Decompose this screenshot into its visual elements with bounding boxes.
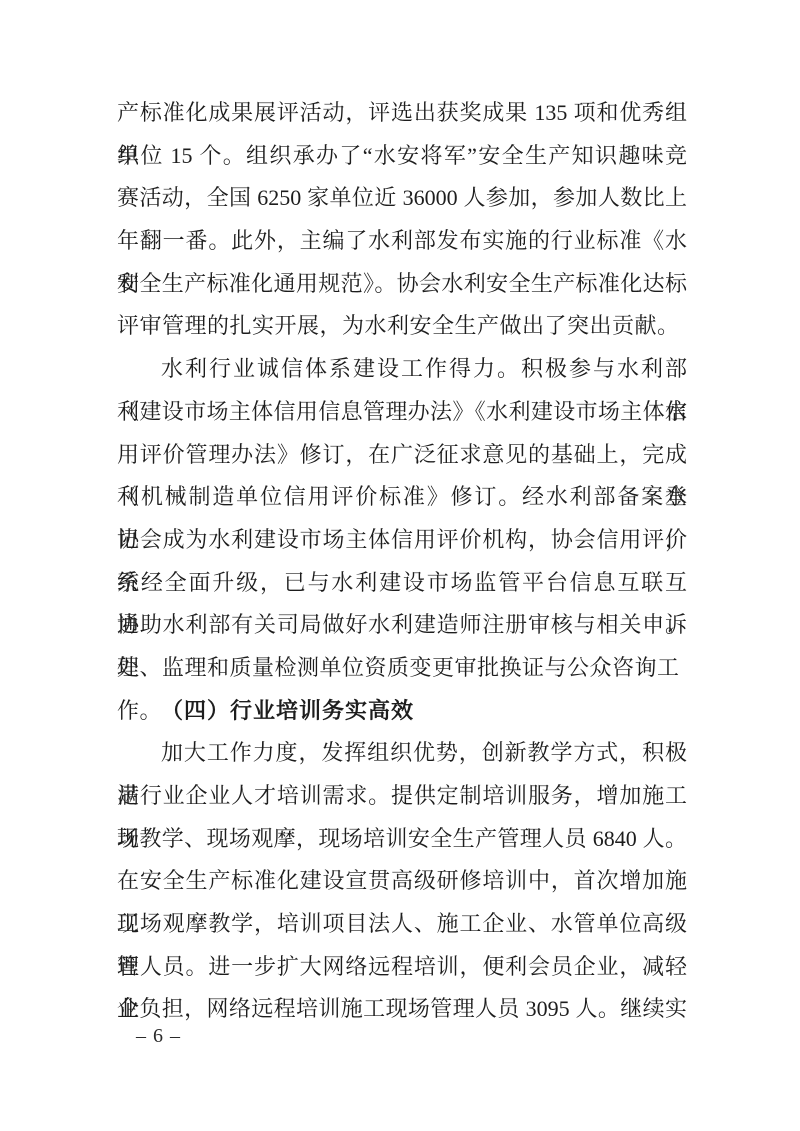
text-line: 场教学、现场观摩，现场培训安全生产管理人员 6840 人。: [117, 818, 687, 861]
text-line: 评审管理的扎实开展，为水利安全生产做出了突出贡献。: [117, 305, 687, 348]
text-line: 协会成为水利建设市场主体信用评价机构，协会信用评价系: [117, 519, 687, 562]
text-line: 年翻一番。此外，主编了水利部发布实施的行业标准《水利: [117, 220, 687, 263]
text-line: 用评价管理办法》修订，在广泛征求意见的基础上，完成《水: [117, 434, 687, 477]
text-line: 产标准化成果展评活动，评选出获奖成果 135 项和优秀组织: [117, 92, 687, 135]
text-line: 水利行业诚信体系建设工作得力。积极参与水利部《水: [117, 348, 687, 391]
text-line: 业负担，网络远程培训施工现场管理人员 3095 人。继续实: [117, 988, 687, 1031]
text-line: 统经全面升级，已与水利建设市场监管平台信息互联互通。: [117, 562, 687, 605]
text-line: 现场观摩教学，培训项目法人、施工企业、水管单位高级管: [117, 903, 687, 946]
text-line: 在安全生产标准化建设宣贯高级研修培训中，首次增加施工: [117, 860, 687, 903]
text-line: 安全生产标准化通用规范》。协会水利安全生产标准化达标: [117, 263, 687, 306]
text-line: 理、监理和质量检测单位资质变更审批换证与公众咨询工作。: [117, 647, 687, 690]
text-line: 协助水利部有关司局做好水利建造师注册审核与相关申诉处: [117, 604, 687, 647]
text-line: 足行业企业人才培训需求。提供定制培训服务，增加施工现: [117, 775, 687, 818]
text-line: 利机械制造单位信用评价标准》修订。经水利部备案登记，: [117, 476, 687, 519]
text-block: 产标准化成果展评活动，评选出获奖成果 135 项和优秀组织 单位 15 个。组织…: [117, 92, 687, 1031]
text-line: 加大工作力度，发挥组织优势，创新教学方式，积极满: [117, 732, 687, 775]
text-line: 理人员。进一步扩大网络远程培训，便利会员企业，减轻企: [117, 946, 687, 989]
document-page: 产标准化成果展评活动，评选出获奖成果 135 项和优秀组织 单位 15 个。组织…: [0, 0, 800, 1131]
text-line: 赛活动，全国 6250 家单位近 36000 人参加，参加人数比上: [117, 177, 687, 220]
page-number: – 6 –: [136, 1024, 181, 1048]
section-heading: （四）行业培训务实高效: [117, 690, 687, 733]
text-line: 利建设市场主体信用信息管理办法》《水利建设市场主体信: [117, 391, 687, 434]
text-line: 单位 15 个。组织承办了“水安将军”安全生产知识趣味竞: [117, 135, 687, 178]
